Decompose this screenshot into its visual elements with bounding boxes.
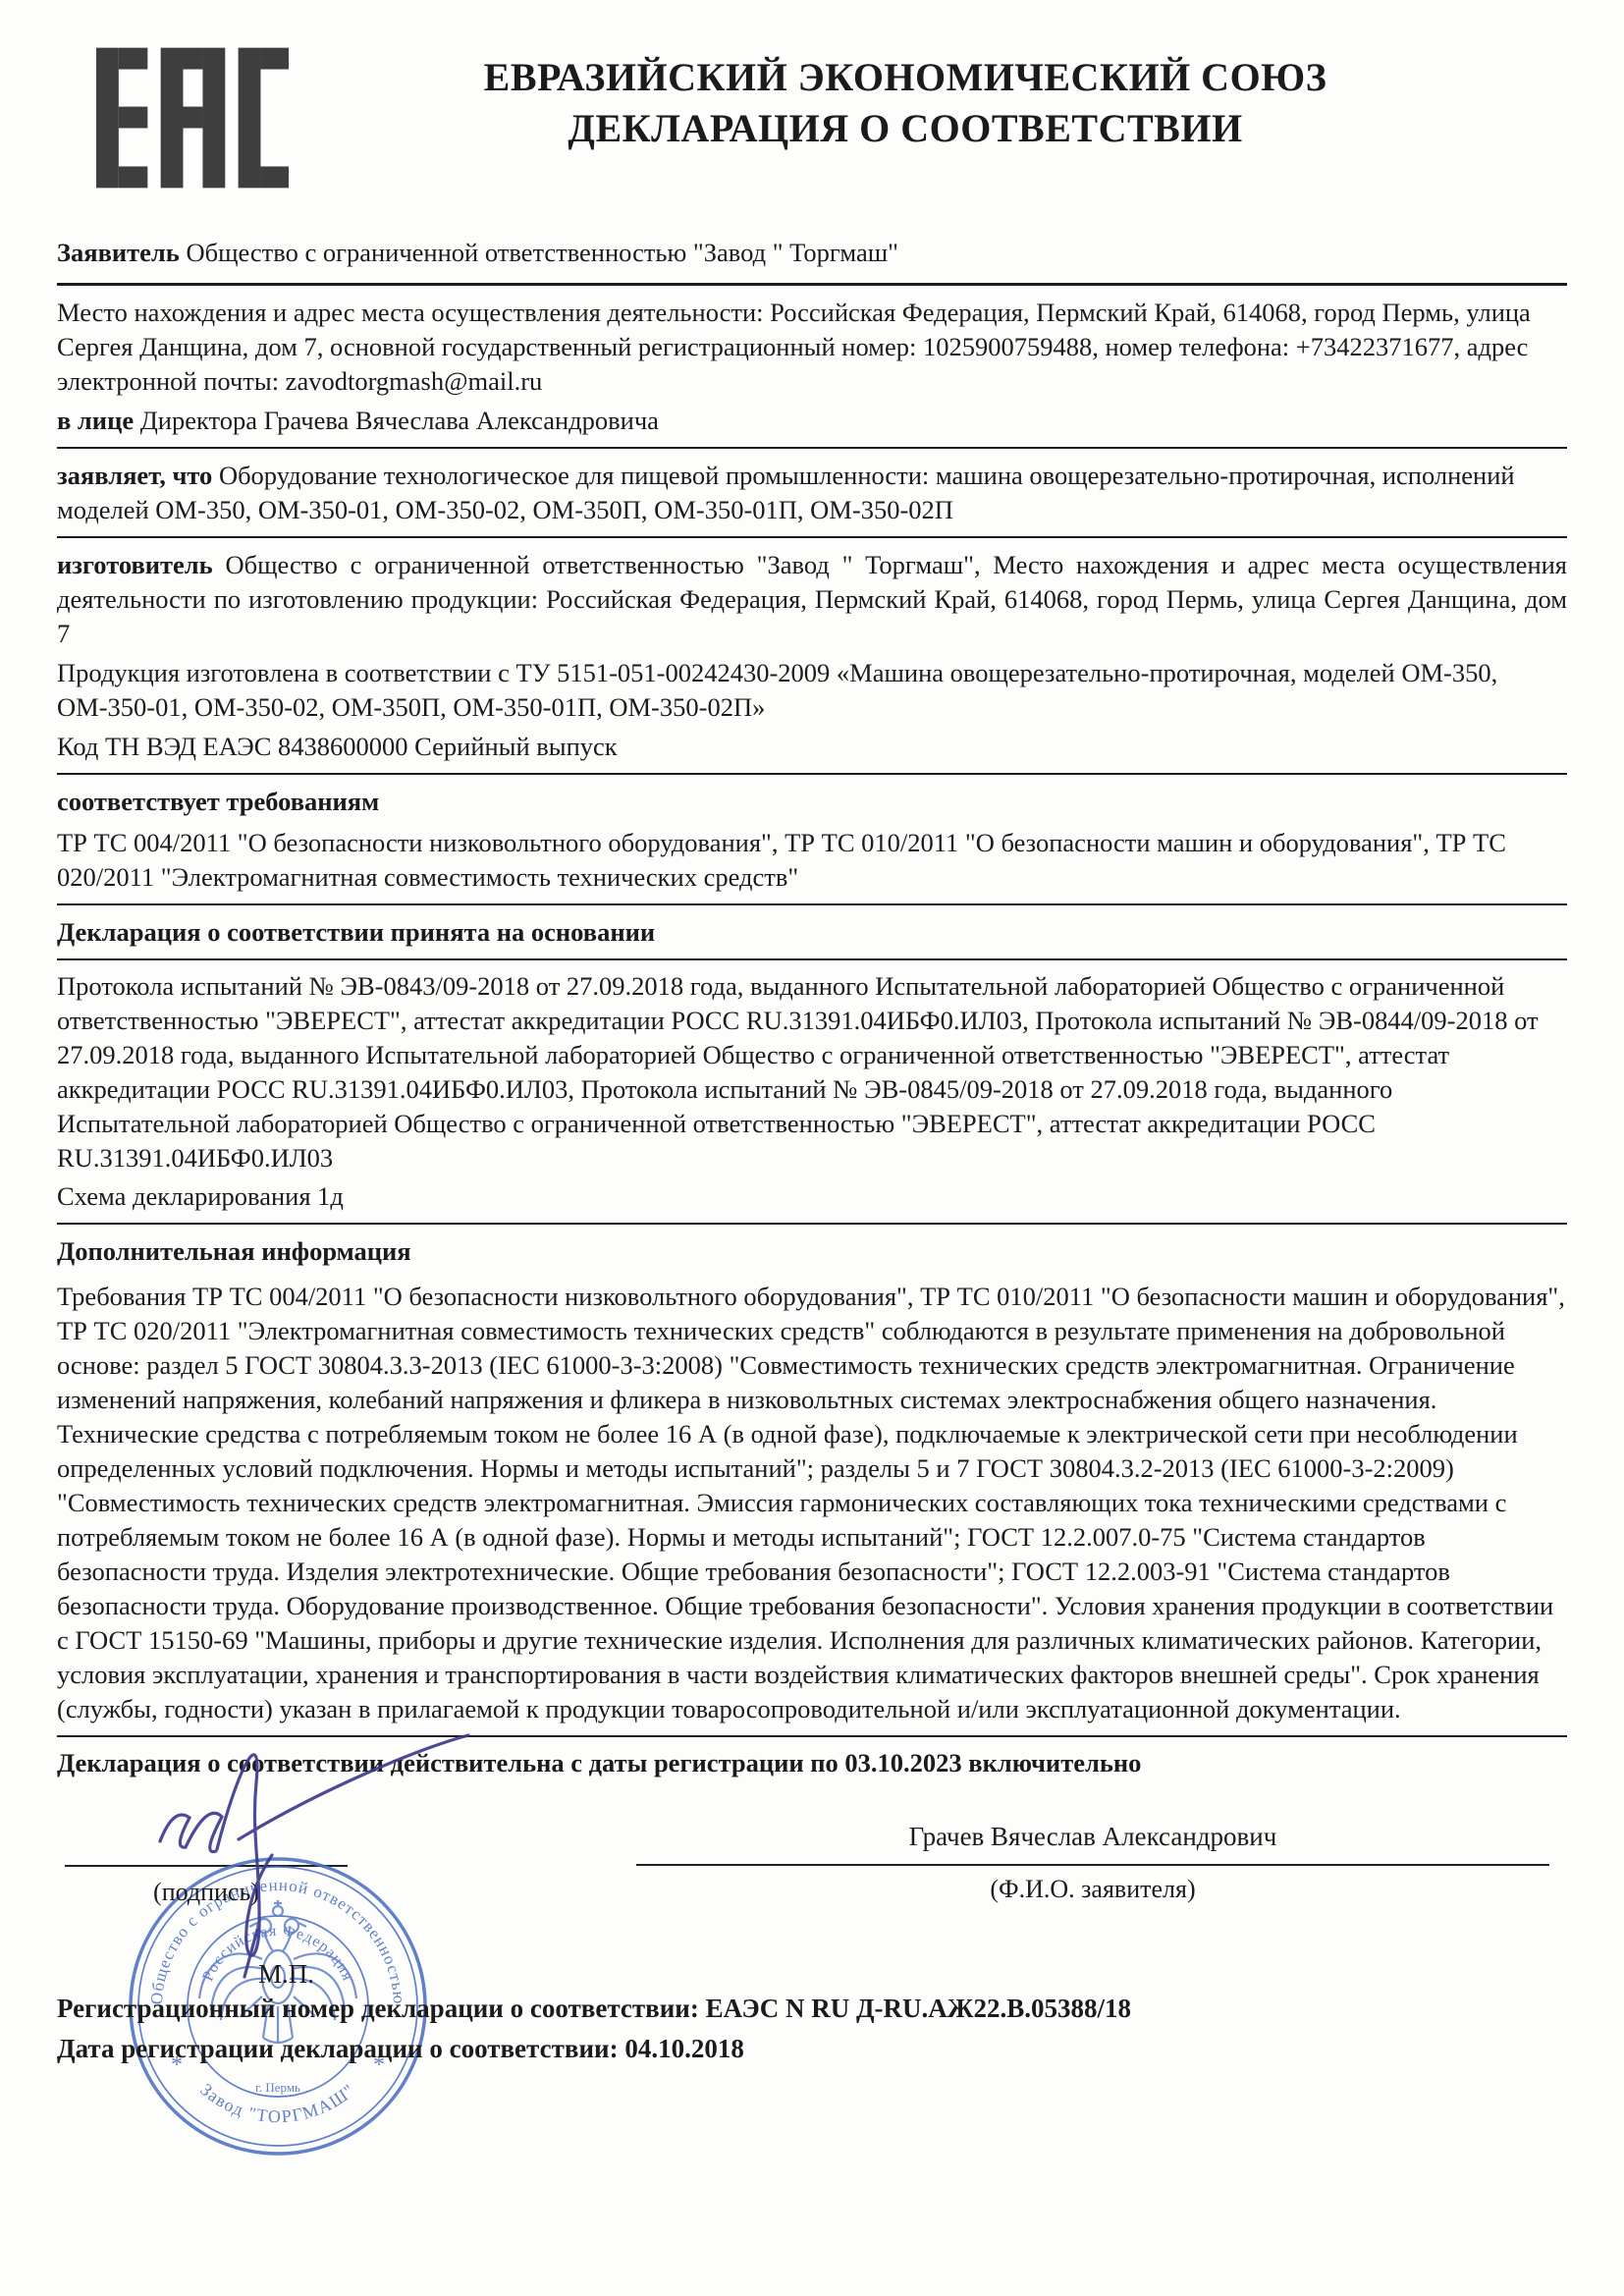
product-paragraph: Продукция изготовлена в соответствии с Т… (57, 656, 1567, 725)
additional-paragraph: Требования ТР ТС 004/2011 "О безопасност… (57, 1280, 1567, 1726)
manufacturer-text: Общество с ограниченной ответственностью… (57, 550, 1567, 648)
address-paragraph: Место нахождения и адрес места осуществл… (57, 296, 1567, 399)
title-block: ЕВРАЗИЙСКИЙ ЭКОНОМИЧЕСКИЙ СОЮЗ ДЕКЛАРАЦИ… (302, 44, 1567, 196)
conforms-paragraph: ТР ТС 004/2011 "О безопасности низковоль… (57, 826, 1567, 895)
scheme-line: Схема декларирования 1д (57, 1179, 1567, 1214)
eac-logo (96, 44, 289, 191)
conforms-header: соответствует требованиям (57, 785, 1567, 819)
in-person-line: в лице Директора Грачева Вячеслава Алекс… (57, 404, 1567, 438)
page-title-line2: ДЕКЛАРАЦИЯ О СООТВЕТСТВИИ (302, 103, 1508, 154)
reg-date-value: 04.10.2018 (624, 2034, 744, 2063)
basis-paragraph: Протокола испытаний № ЭВ-0843/09-2018 от… (57, 969, 1567, 1175)
in-person-text: Директора Грачева Вячеслава Александрови… (140, 406, 659, 435)
signature-scribble (91, 1704, 543, 1998)
section-divider (57, 536, 1567, 538)
declares-line: заявляет, что Оборудование технологическ… (57, 459, 1567, 527)
fio-caption: (Ф.И.О. заявителя) (636, 1872, 1549, 1906)
basis-header: Декларация о соответствии принята на осн… (57, 915, 1567, 950)
applicant-text: Общество с ограниченной ответственностью… (186, 238, 898, 267)
declares-text: Оборудование технологическое для пищевой… (57, 461, 1515, 524)
section-divider (57, 773, 1567, 775)
eac-logo-wrap (57, 44, 302, 196)
section-divider (57, 958, 1567, 960)
document-header: ЕВРАЗИЙСКИЙ ЭКОНОМИЧЕСКИЙ СОЮЗ ДЕКЛАРАЦИ… (0, 0, 1624, 196)
declaration-document: ЕВРАЗИЙСКИЙ ЭКОНОМИЧЕСКИЙ СОЮЗ ДЕКЛАРАЦИ… (0, 0, 1624, 2296)
tnved-line: Код ТН ВЭД ЕАЭС 8438600000 Серийный выпу… (57, 730, 1567, 764)
signer-name: Грачев Вячеслав Александрович (636, 1820, 1549, 1854)
reg-number-value: ЕАЭС N RU Д-RU.АЖ22.В.05388/18 (706, 1994, 1131, 2023)
stamp-city-text: г. Пермь (255, 2080, 300, 2095)
in-person-label: в лице (57, 406, 134, 435)
additional-header: Дополнительная информация (57, 1234, 1567, 1269)
manufacturer-paragraph: изготовитель Общество с ограниченной отв… (57, 548, 1567, 651)
declares-label: заявляет, что (57, 461, 212, 490)
document-body: Заявитель Общество с ограниченной ответс… (0, 236, 1624, 2066)
reg-date-label: Дата регистрации декларации о соответств… (57, 2034, 619, 2063)
page-title-line1: ЕВРАЗИЙСКИЙ ЭКОНОМИЧЕСКИЙ СОЮЗ (302, 52, 1508, 103)
manufacturer-label: изготовитель (57, 550, 213, 579)
applicant-label: Заявитель (57, 238, 180, 267)
section-divider (57, 1223, 1567, 1225)
reg-date-line: Дата регистрации декларации о соответств… (57, 2032, 1567, 2066)
applicant-line: Заявитель Общество с ограниченной ответс… (57, 236, 1567, 270)
section-divider (57, 903, 1567, 905)
fio-line (636, 1864, 1549, 1866)
section-divider (57, 447, 1567, 449)
signer-block: Грачев Вячеслав Александрович (Ф.И.О. за… (636, 1820, 1549, 1906)
section-divider (57, 283, 1567, 286)
signature-area: Общество с ограниченной ответственностью… (57, 1784, 1567, 1986)
